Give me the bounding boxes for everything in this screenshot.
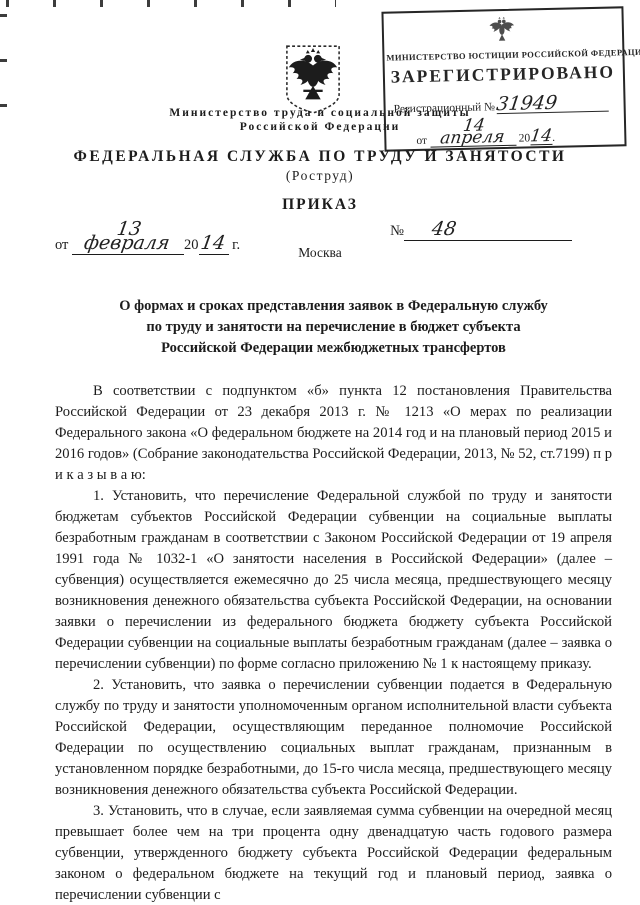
scan-edge-marks-left: [0, 14, 7, 136]
body-paragraph-preamble: В соответствии с подпунктом «б» пункта 1…: [55, 381, 612, 486]
body-paragraph-item3: 3. Установить, что в случае, если заявля…: [55, 801, 612, 905]
stamp-date-year-handwritten: 14: [530, 130, 553, 143]
document-type-heading: ПРИКАЗ: [40, 196, 600, 214]
stamp-registered-label: ЗАРЕГИСТРИРОВАНО: [385, 61, 621, 87]
order-title-line3: Российской Федерации межбюджетных трансф…: [55, 338, 612, 359]
registration-stamp: МИНИСТЕРСТВО ЮСТИЦИИ РОССИЙСКОЙ ФЕДЕРАЦИ…: [381, 6, 626, 151]
stamp-reg-number-handwritten: 31949: [496, 96, 558, 111]
order-title-line2: по труду и занятости на перечисление в б…: [55, 317, 612, 338]
order-body: В соответствии с подпунктом «б» пункта 1…: [55, 381, 612, 905]
stamp-registration-number-row: Регистрационный №31949: [393, 94, 617, 116]
stamp-date-row: от 14 апреля 2014.: [416, 116, 617, 148]
scanned-order-page: Министерство труда и социальной защиты Р…: [0, 0, 640, 905]
agency-short-name: (Роструд): [40, 168, 600, 184]
order-number-handwritten: 48: [431, 222, 457, 236]
stamp-reg-label: Регистрационный №: [394, 101, 496, 115]
order-title-line1: О формах и сроках представления заявок в…: [55, 296, 612, 317]
stamp-date-suffix: .: [552, 132, 555, 144]
order-title: О формах и сроках представления заявок в…: [55, 296, 612, 359]
order-number-label: №: [390, 223, 404, 239]
stamp-date-handwritten: 14 апреля: [428, 119, 517, 145]
order-number-group: №48: [390, 222, 572, 241]
stamp-date-prefix: от: [416, 135, 427, 147]
scan-edge-marks-top: [6, 0, 336, 7]
stamp-ministry-line: МИНИСТЕРСТВО ЮСТИЦИИ РОССИЙСКОЙ ФЕДЕРАЦИ…: [386, 47, 618, 62]
city-label: Москва: [40, 245, 600, 261]
body-paragraph-item2: 2. Установить, что заявка о перечислении…: [55, 675, 612, 801]
agency-name: ФЕДЕРАЛЬНАЯ СЛУЖБА ПО ТРУДУ И ЗАНЯТОСТИ: [40, 148, 600, 166]
stamp-eagle-icon: [486, 13, 519, 48]
body-paragraph-item1: 1. Установить, что перечисление Федераль…: [55, 486, 612, 675]
